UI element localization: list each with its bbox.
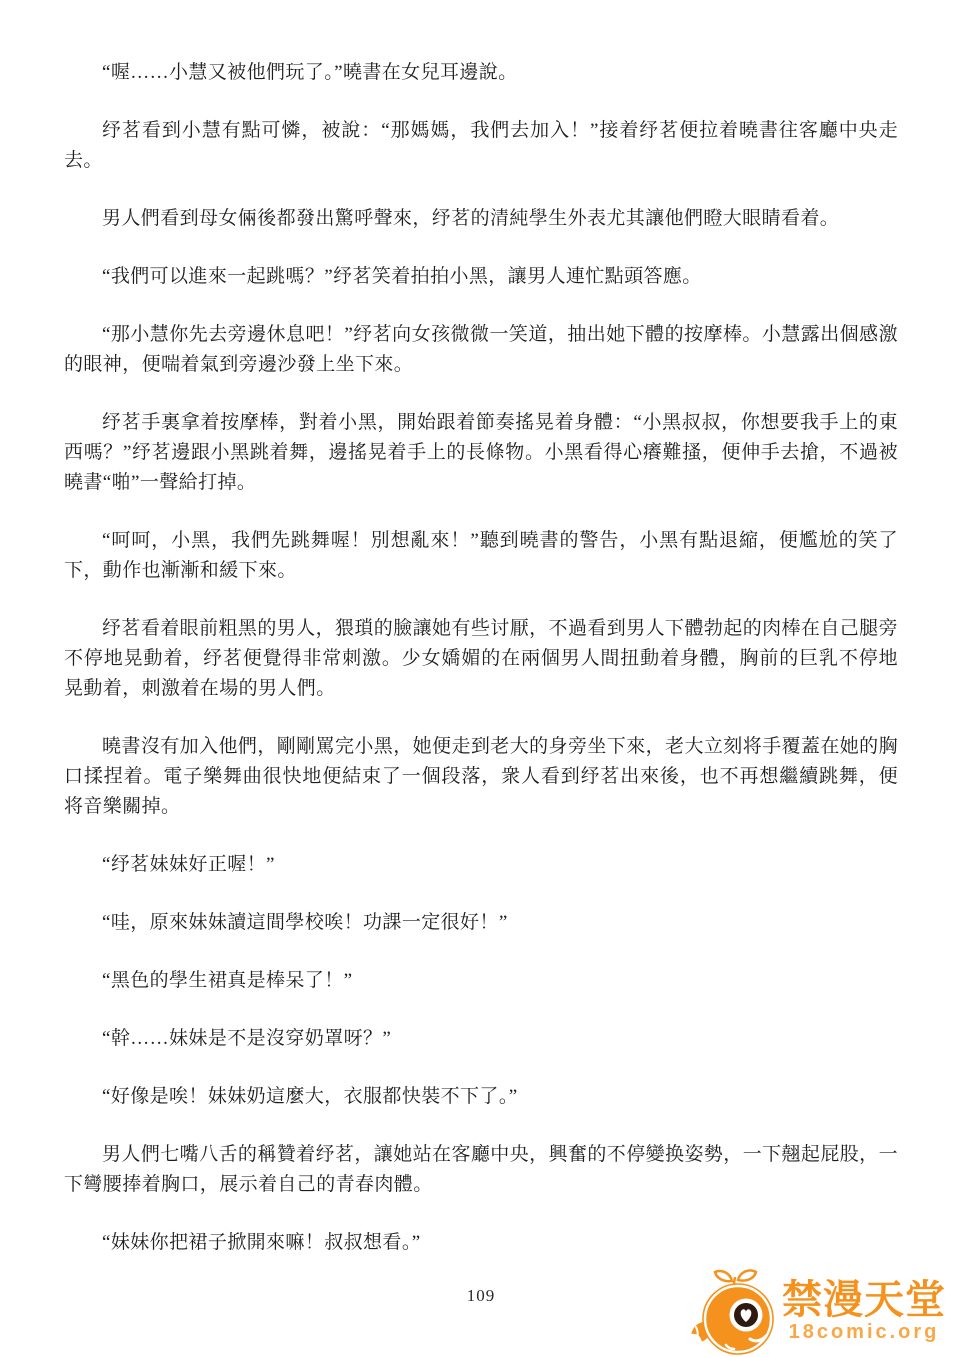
paragraph: 男人們看到母女倆後都發出驚呼聲來，纾茗的清純學生外表尤其讓他們瞪大眼睛看着。 bbox=[64, 204, 898, 234]
paragraph: 纾茗看着眼前粗黑的男人，猥瑣的臉讓她有些讨厭，不過看到男人下體勃起的肉棒在自己腿… bbox=[64, 614, 898, 704]
watermark-site-name: 禁漫天堂 bbox=[782, 1279, 946, 1321]
paragraph: 曉書沒有加入他們，剛剛罵完小黑，她便走到老大的身旁坐下來，老大立刻将手覆蓋在她的… bbox=[64, 732, 898, 822]
paragraph: “呵呵，小黑，我們先跳舞喔！別想亂來！”聽到曉書的警告，小黑有點退縮，便尷尬的笑… bbox=[64, 526, 898, 586]
paragraph: “那小慧你先去旁邊休息吧！”纾茗向女孩微微一笑道，抽出她下體的按摩棒。小慧露出個… bbox=[64, 320, 898, 380]
paragraph: “哇，原來妹妹讀這間學校唉！功課一定很好！” bbox=[64, 908, 898, 938]
paragraph: 纾茗看到小慧有點可憐，被說：“那媽媽，我們去加入！”接着纾茗便拉着曉書往客廳中央… bbox=[64, 116, 898, 176]
watermark-site-url: 18comic.org bbox=[789, 1321, 940, 1343]
paragraph: 纾茗手裏拿着按摩棒，對着小黑，開始跟着節奏搖晃着身體：“小黑叔叔，你想要我手上的… bbox=[64, 408, 898, 498]
mascot-icon bbox=[688, 1265, 780, 1357]
watermark-text: 禁漫天堂 18comic.org bbox=[782, 1279, 946, 1343]
paragraph: “幹……妹妹是不是沒穿奶罩呀？” bbox=[64, 1024, 898, 1054]
paragraph: “纾茗妹妹好正喔！” bbox=[64, 850, 898, 880]
paragraph: “妹妹你把裙子掀開來嘛！叔叔想看。” bbox=[64, 1228, 898, 1258]
paragraph: 男人們七嘴八舌的稱贊着纾茗，讓她站在客廳中央，興奮的不停變换姿勢，一下翹起屁股，… bbox=[64, 1140, 898, 1200]
paragraph: “我們可以進來一起跳嗎？”纾茗笑着拍拍小黑，讓男人連忙點頭答應。 bbox=[64, 262, 898, 292]
watermark: 禁漫天堂 18comic.org bbox=[688, 1265, 946, 1357]
paragraph: “好像是唉！妹妹奶這麼大，衣服都快裝不下了。” bbox=[64, 1082, 898, 1112]
document-page: “喔……小慧又被他們玩了。”曉書在女兒耳邊說。 纾茗看到小慧有點可憐，被說：“那… bbox=[0, 0, 960, 1357]
paragraph: “黑色的學生裙真是棒呆了！” bbox=[64, 966, 898, 996]
paragraph: “喔……小慧又被他們玩了。”曉書在女兒耳邊說。 bbox=[64, 58, 898, 88]
